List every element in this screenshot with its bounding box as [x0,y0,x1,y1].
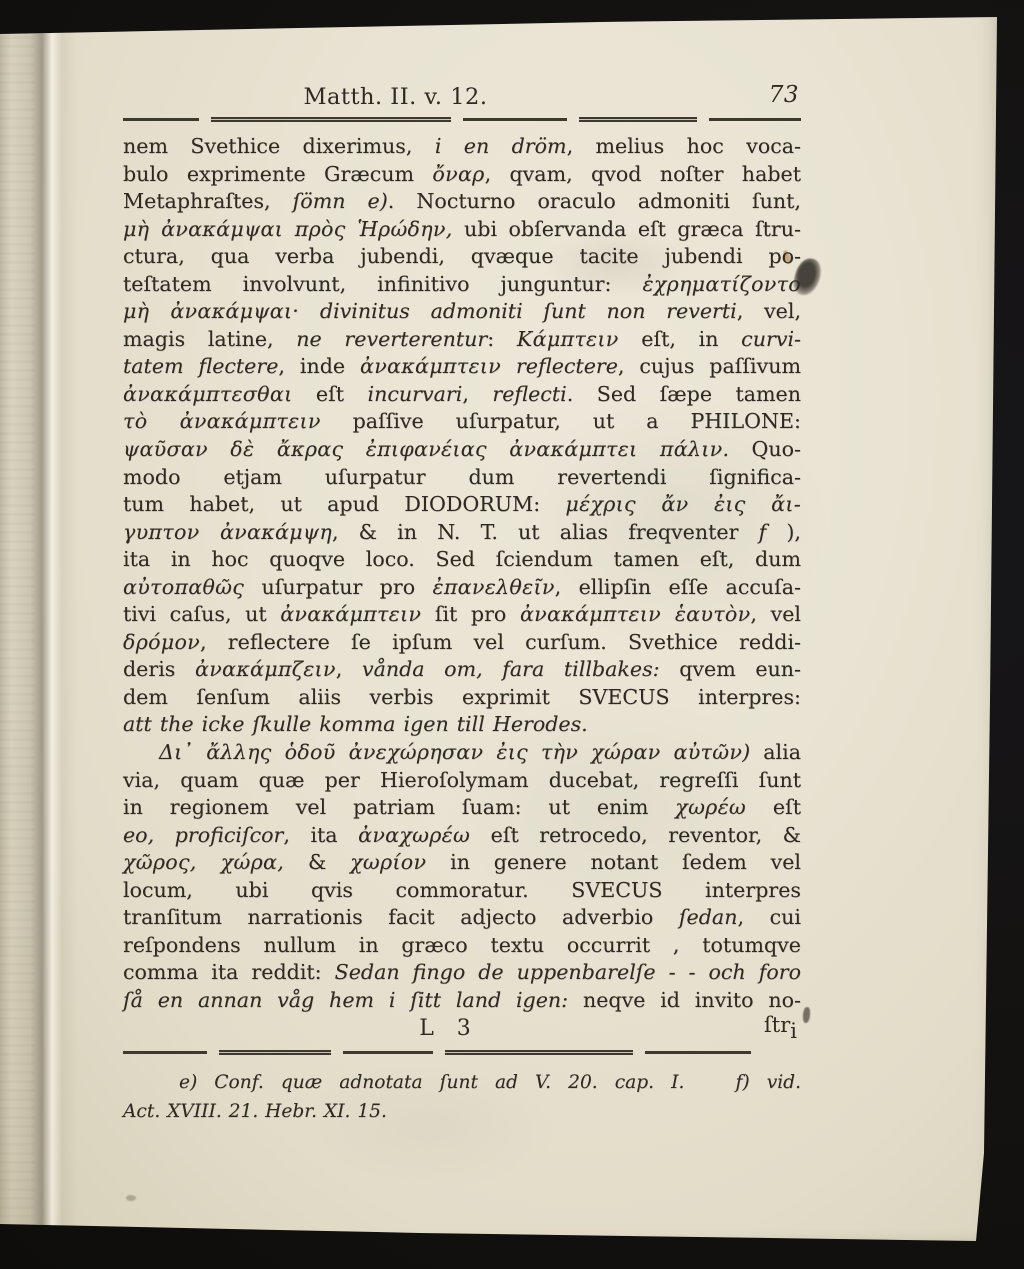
latin-text: neqve id invito no- [568,988,801,1012]
latin-text: Quo- [729,437,801,461]
greek-text: ἐχρηματίζοντο [642,272,801,296]
latin-text: ), [766,520,801,544]
latin-text: eſt, in [619,327,742,351]
italic-text: tatem flectere [123,354,278,378]
text-line: ἀνακάμπτεσθαι eſt incurvari, reflecti. S… [123,381,801,409]
latin-text: ubi obſervanda eſt græca ſtru- [453,217,801,241]
latin-text: eſt retrocedo, reventor, & [470,823,801,847]
latin-text: , reflectere ſe ipſum vel curſum. Svethi… [200,630,801,654]
latin-text: deris [123,657,195,681]
latin-text: , vel, [737,299,801,323]
greek-text: τὸ ἀνακάμπτειν [123,409,321,433]
text-line: Δι᾽ ἄλλης ὁδοῦ ἀνεχώρησαν ἐις τὴν χώραν … [123,739,801,767]
latin-text: paſſive uſurpatur, ut a PHILONE: [321,409,801,433]
latin-text: magis latine, [123,327,296,351]
text-line: τὸ ἀνακάμπτειν paſſive uſurpatur, ut a P… [123,408,801,436]
greek-text: ἀνακάμπζειν [195,657,336,681]
greek-text: ἐπανελθεῖν [432,575,554,599]
text-line: δρόμον, reflectere ſe ipſum vel curſum. … [123,629,801,657]
latin-text: , [336,657,362,681]
greek-text: μέχρις ἄν ἐις ἄι- [565,492,801,516]
latin-text [501,354,516,378]
photo-background: Matth. II. v. 12. 73 nem Svethice dixeri… [0,0,1024,1269]
ink-stain [126,1195,136,1201]
latin-text: , cujus paſſivum [618,354,801,378]
latin-text: . Nocturno oraculo admoniti ſunt, [388,189,801,213]
header-title: Matth. II. v. 12. [123,84,668,110]
latin-text: tum habet, ut apud DIODORUM: [123,492,565,516]
body-text: nem Svethice dixerimus, i en dröm, meliu… [123,133,801,1015]
latin-text: comma ita reddit: [123,960,335,984]
latin-text: , melius hoc voca- [567,134,801,158]
latin-text: bulo exprimente Græcum [123,162,432,186]
latin-text: in regionem vel patriam ſuam: ut enim [123,795,675,819]
latin-text: eſt [746,795,801,819]
greek-text: μὴ ἀνακάμψαι πρὸς Ἡρώδην, [123,217,453,241]
latin-text: , cui [737,905,801,929]
catchword: ſtri [764,1013,797,1037]
latin-text: teſtatem involvunt, infinitivo junguntur… [123,272,642,296]
signature-row: L 3 ſtri [123,1016,801,1047]
latin-text: tivi caſus, ut [123,602,280,626]
latin-text: Metaphraſtes, [123,189,293,213]
text-line: Metaphraſtes, ſömn e). Nocturno oraculo … [123,188,801,216]
greek-text: δρόμον [123,630,200,654]
italic-text: incurvari [367,382,462,406]
text-line: teſtatem involvunt, infinitivo junguntur… [123,271,801,299]
greek-text: χῶρος, χώρα, [123,850,284,874]
ink-stain [802,1007,811,1024]
latin-text: : [487,327,517,351]
greek-text: ψαῦσαν δὲ ἄκρας ἐπιφανέιας ἀνακάμπτει πά… [123,437,729,461]
text-line: χῶρος, χώρα, & χωρίον in genere notant ſ… [123,849,801,877]
text-line: comma ita reddit: Sedan fingo de uppenba… [123,959,801,987]
footnote-rule [123,1050,801,1059]
greek-text: ἀνακάμπτεσθαι [123,382,292,406]
text-line: eo, proficiſcor, ita ἀναχωρέω eſt retroc… [123,822,801,850]
greek-text: ἀνακάμπτειν ἑαυτὸν [520,602,750,626]
italic-text: ſå en annan våg hem i ſitt land igen: [123,988,568,1012]
running-header: Matth. II. v. 12. 73 [123,84,801,114]
greek-text: Δι᾽ ἄλλης ὁδοῦ ἀνεχώρησαν ἐις τὴν χώραν … [159,740,751,764]
latin-text: qvem eun- [660,657,801,681]
footnotes: e) Conf. quæ adnotata ſunt ad V. 20. cap… [123,1068,801,1126]
latin-text: in genere notant ſedem vel [426,850,801,874]
latin-text: , & in N. T. ut alias freqventer [332,520,759,544]
footnote-line: e) Conf. quæ adnotata ſunt ad V. 20. cap… [123,1068,801,1097]
greek-text: χωρίον [350,850,426,874]
latin-text: & [284,850,350,874]
italic-text: ne reverterentur [296,327,487,351]
italic-text: divinitus admoniti ſunt non reverti [320,299,737,323]
text-line: ita in hoc quoqve loco. Sed ſciendum tam… [123,546,801,574]
italic-text: Sedan fingo de uppenbarelſe - - och foro [335,960,801,984]
italic-text: att the icke ſkulle komma igen till Hero… [123,712,588,736]
italic-text: curvi- [741,327,801,351]
page-edge-stack [0,0,34,1252]
latin-text: ita in hoc quoqve loco. Sed ſciendum tam… [123,547,801,571]
text-line: locum, ubi qvis commoratur. SVECUS inter… [123,877,801,905]
text-line: deris ἀνακάμπζειν, vånda om, fara tillba… [123,656,801,684]
latin-text: , qvam, qvod noſter habet [485,162,801,186]
italic-text: ſedan [679,905,738,929]
book-page: Matth. II. v. 12. 73 nem Svethice dixeri… [0,0,1006,1252]
footnote-line: Act. XVIII. 21. Hebr. XI. 15. [123,1097,801,1126]
greek-text: μὴ ἀνακάμψαι· [123,299,299,323]
greek-text: ἀνακάμπτειν [280,602,421,626]
text-line: bulo exprimente Græcum ὄναρ, qvam, qvod … [123,161,801,189]
greek-text: ὄναρ [432,162,484,186]
text-line: αὐτοπαθῶς uſurpatur pro ἐπανελθεῖν, elli… [123,574,801,602]
text-line: μὴ ἀνακάμψαι πρὸς Ἡρώδην, ubi obſervanda… [123,216,801,244]
text-line: tivi caſus, ut ἀνακάμπτειν ſit pro ἀνακά… [123,601,801,629]
latin-text: , ita [283,823,358,847]
text-line: dem ſenſum aliis verbis exprimit SVECUS … [123,684,801,712]
latin-text: eſt [292,382,367,406]
page-number: 73 [769,82,799,108]
latin-text [299,299,320,323]
italic-text: eo, proficiſcor [123,823,283,847]
latin-text: ctura, qua verba jubendi, qvæque tacite … [123,244,801,268]
italic-text: ſömn e) [293,189,388,213]
text-line: reſpondens nullum in græco textu occurri… [123,932,801,960]
latin-text: via, quam quæ per Hieroſolymam ducebat, … [123,768,801,792]
latin-text: alia [751,740,802,764]
latin-text: reſpondens nullum in græco textu occurri… [123,933,801,957]
text-line: μὴ ἀνακάμψαι· divinitus admoniti ſunt no… [123,298,801,326]
text-line: ctura, qua verba jubendi, qvæque tacite … [123,243,801,271]
greek-text: Κάμπτειν [517,327,619,351]
text-line: modo etjam uſurpatur dum revertendi ſign… [123,464,801,492]
latin-text: nem Svethice dixerimus, [123,134,435,158]
latin-text: , [462,382,492,406]
latin-text: , ellipſin eſſe accuſa- [555,575,801,599]
text-line: in regionem vel patriam ſuam: ut enim χω… [123,794,801,822]
latin-text: dem ſenſum aliis verbis exprimit SVECUS … [123,685,801,709]
text-line: att the icke ſkulle komma igen till Hero… [123,711,801,739]
signature-mark: L 3 [385,1016,505,1041]
greek-text: γυπτον ἀνακάμψη [123,520,332,544]
text-column: Matth. II. v. 12. 73 nem Svethice dixeri… [123,84,801,1126]
italic-text: vånda om, fara tillbakes: [362,657,660,681]
latin-text: ſit pro [421,602,520,626]
italic-text: reflecti [492,382,566,406]
text-line: nem Svethice dixerimus, i en dröm, meliu… [123,133,801,161]
latin-text: uſurpatur pro [244,575,432,599]
italic-text: i en dröm [435,134,567,158]
latin-text: . Sed ſæpe tamen [567,382,801,406]
italic-text: reflectere [516,354,618,378]
greek-text: αὐτοπαθῶς [123,575,244,599]
latin-text: , inde [278,354,360,378]
greek-text: χωρέω [675,795,746,819]
italic-text: Act. XVIII. 21. Hebr. XI. 15. [123,1101,387,1122]
text-line: magis latine, ne reverterentur: Κάμπτειν… [123,326,801,354]
gutter-crease [0,0,78,1252]
latin-text: , vel [750,602,801,626]
italic-text: e) Conf. quæ adnotata ſunt ad V. 20. cap… [179,1072,801,1093]
latin-text: tranſitum narrationis facit adjecto adve… [123,905,679,929]
latin-text: modo etjam uſurpatur dum revertendi ſign… [123,465,801,489]
header-rule [123,117,801,126]
text-line: γυπτον ἀνακάμψη, & in N. T. ut alias fre… [123,519,801,547]
greek-text: ἀνακάμπτειν [360,354,501,378]
text-line: via, quam quæ per Hieroſolymam ducebat, … [123,767,801,795]
text-line: tranſitum narrationis facit adjecto adve… [123,904,801,932]
text-line: tum habet, ut apud DIODORUM: μέχρις ἄν ἐ… [123,491,801,519]
text-line: ſå en annan våg hem i ſitt land igen: ne… [123,987,801,1015]
text-line: tatem flectere, inde ἀνακάμπτειν reflect… [123,353,801,381]
greek-text: ἀναχωρέω [358,823,470,847]
text-line: ψαῦσαν δὲ ἄκρας ἐπιφανέιας ἀνακάμπτει πά… [123,436,801,464]
latin-text: locum, ubi qvis commoratur. SVECUS inter… [123,878,801,902]
